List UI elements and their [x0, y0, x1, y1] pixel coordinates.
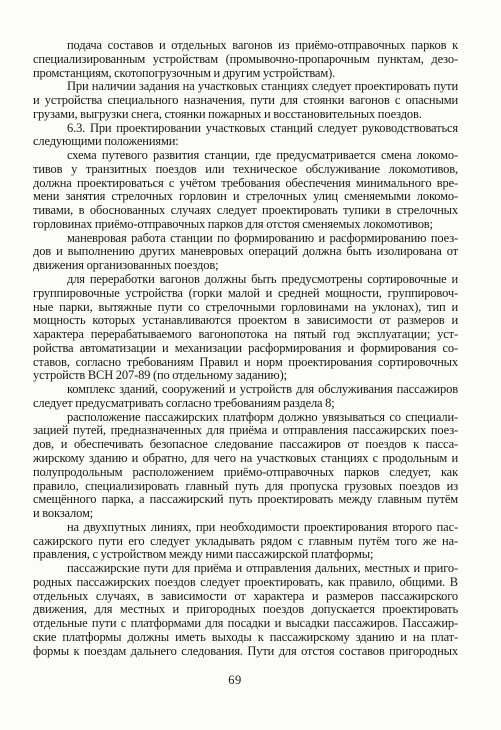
text-line: пассажирские пути для приёма и отправлен…	[33, 562, 458, 576]
text-line: подача составов и отдельных вагонов из п…	[33, 39, 458, 53]
text-line: смещённого парка, а пассажирский путь пр…	[33, 493, 458, 507]
text-line: и вокзалом;	[33, 507, 458, 521]
text-line: движения организованных поездов;	[33, 259, 458, 273]
text-line: ные парки, вытяжные пути со стрелочными …	[33, 301, 458, 315]
text-line: группировочные устройства (горки малой и…	[33, 287, 458, 301]
text-line: маневровая работа станции по формировани…	[33, 232, 458, 246]
text-line: правило, специализировать главный путь д…	[33, 480, 458, 494]
text-line: жирскому зданию и обратно, для чего на у…	[33, 452, 458, 466]
text-line: грузами, выгрузки снега, стоянки пожарны…	[33, 108, 458, 122]
text-line: 6.3. При проектировании участковых станц…	[33, 122, 458, 136]
text-line: для переработки вагонов должны быть пред…	[33, 273, 458, 287]
text-line: следующими положениями:	[33, 135, 458, 149]
page-number: 69	[0, 673, 470, 688]
text-line: отдельных случаях, в зависимости от хара…	[33, 590, 458, 604]
text-line: тивов у транзитных поездов или техническ…	[33, 163, 458, 177]
text-line: дов и выполнению других маневровых опера…	[33, 245, 458, 259]
text-line: расположение пассажирских платформ должн…	[33, 411, 458, 425]
text-line: должна проектироваться с учётом требован…	[33, 177, 458, 191]
text-line: формы к поездам дальнего следования. Пут…	[33, 645, 458, 659]
text-line: специализированным устройствам (промывоч…	[33, 53, 458, 67]
text-line: дов, и обеспечивать безопасное следовани…	[33, 438, 458, 452]
text-line: отдельные пути с платформами для посадки…	[33, 617, 458, 631]
text-line: схема путевого развития станции, где пре…	[33, 149, 458, 163]
text-line: горловинах приёмо-отправочных парков для…	[33, 218, 458, 232]
text-line: устройств ВСН 207-89 (по отдельному зада…	[33, 369, 458, 383]
text-line: ские платформы должны иметь выходы к пас…	[33, 631, 458, 645]
text-line: промстанциям, скотопогрузочным и другим …	[33, 67, 458, 81]
text-line: следует предусматривать согласно требова…	[33, 397, 458, 411]
text-line: правления, с устройством между ними пасс…	[33, 548, 458, 562]
text-line: полупродольным расположением приёмо-отпр…	[33, 466, 458, 480]
text-line: тивами, в обоснованных случаях следует п…	[33, 204, 458, 218]
text-line: сажирского пути его следует укладывать р…	[33, 535, 458, 549]
text-line: мени занятия стрелочных горловин и стрел…	[33, 190, 458, 204]
text-line: и устройства специального назначения, пу…	[33, 94, 458, 108]
document-page: подача составов и отдельных вагонов из п…	[0, 0, 501, 730]
text-line: движения, для местных и пригородных поез…	[33, 603, 458, 617]
text-line: ставов, согласно требованиям Правил и но…	[33, 356, 458, 370]
text-block: подача составов и отдельных вагонов из п…	[33, 39, 458, 658]
text-line: комплекс зданий, сооружений и устройств …	[33, 383, 458, 397]
text-line: зацией путей, предназначенных для приёма…	[33, 424, 458, 438]
text-line: При наличии задания на участковых станци…	[33, 80, 458, 94]
text-line: ройства автоматизации и механизации расф…	[33, 342, 458, 356]
text-line: на двухпутных линиях, при необходимости …	[33, 521, 458, 535]
text-line: характера перерабатываемого вагонопотока…	[33, 328, 458, 342]
text-line: мощность которых устанавливаются проекто…	[33, 314, 458, 328]
text-line: родных пассажирских поездов следует прое…	[33, 576, 458, 590]
